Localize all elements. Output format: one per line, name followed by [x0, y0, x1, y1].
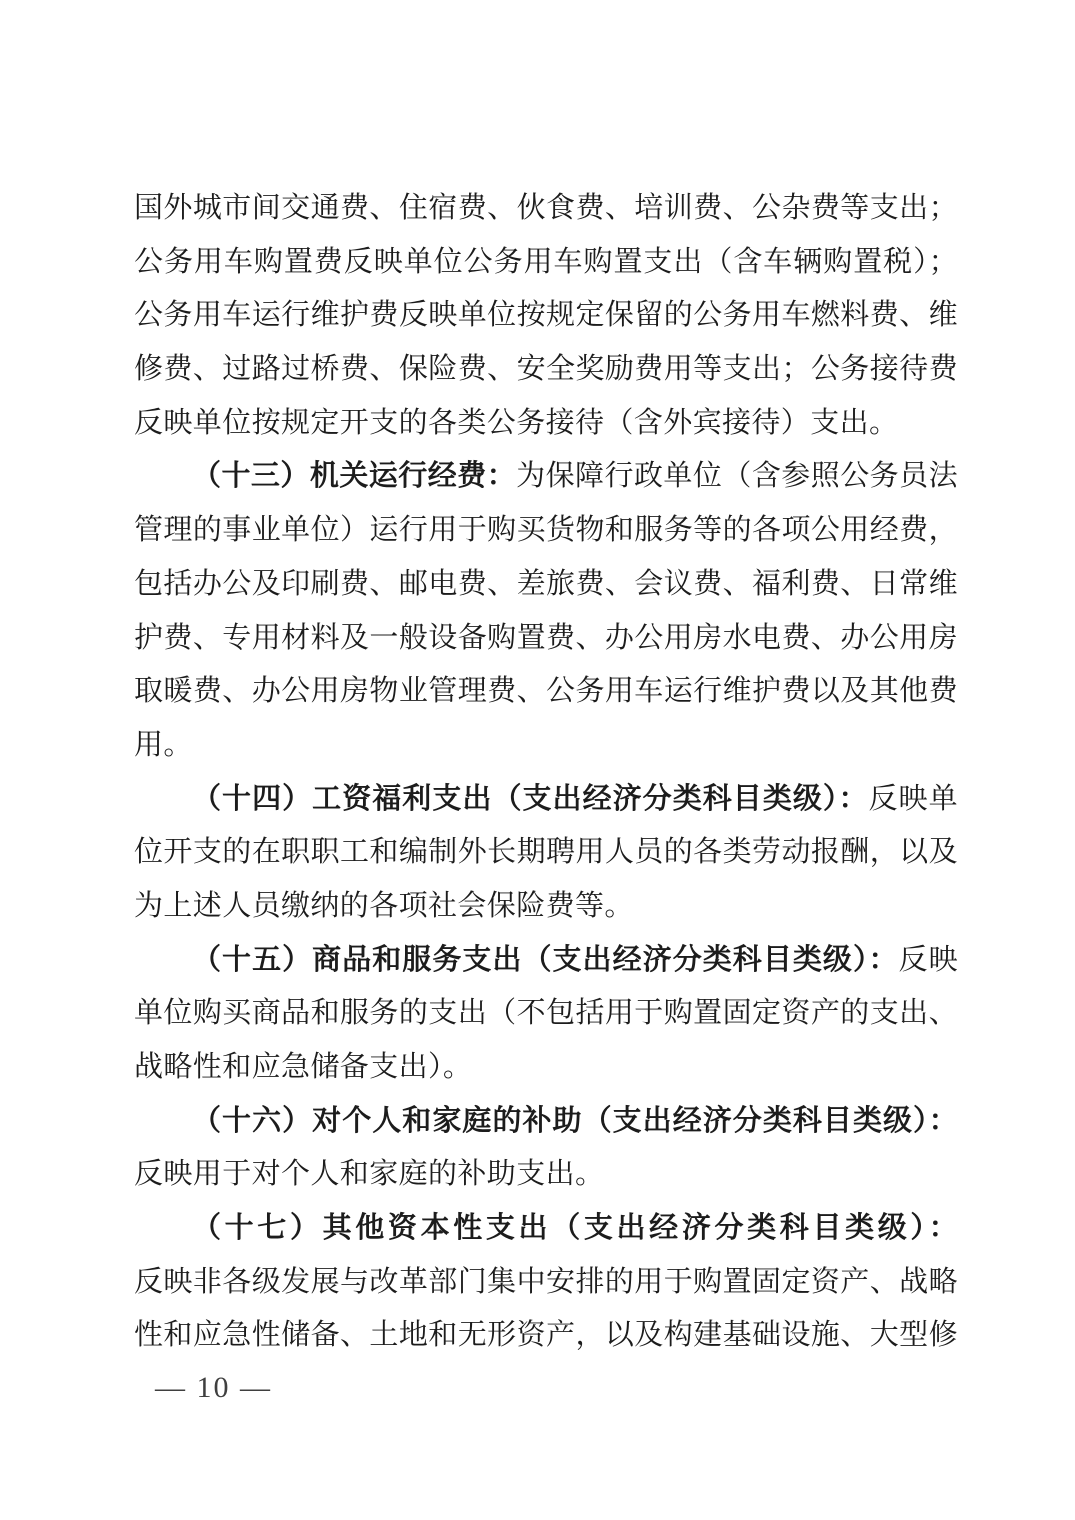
- text-line: 公务用车运行维护费反映单位按规定保留的公务用车燃料费、维: [134, 289, 958, 343]
- text-segment: 为上述人员缴纳的各项社会保险费等。: [134, 890, 634, 922]
- text-segment: 公务用车运行维护费反映单位按规定保留的公务用车燃料费、维: [134, 299, 958, 331]
- text-line: （十四）工资福利支出（支出经济分类科目类级）：反映单: [134, 773, 958, 827]
- text-line: 反映用于对个人和家庭的补助支出。: [134, 1148, 958, 1202]
- text-segment: 用。: [134, 729, 193, 761]
- text-line: 用。: [134, 719, 958, 773]
- text-segment: 反映单: [869, 783, 959, 815]
- text-line: 国外城市间交通费、住宿费、伙食费、培训费、公杂费等支出；: [134, 182, 958, 236]
- text-line: 单位购买商品和服务的支出（不包括用于购置固定资产的支出、: [134, 987, 958, 1041]
- text-line: 位开支的在职职工和编制外长期聘用人员的各类劳动报酬，以及: [134, 826, 958, 880]
- text-line: 反映非各级发展与改革部门集中安排的用于购置固定资产、战略: [134, 1256, 958, 1310]
- text-segment: 反映: [899, 944, 958, 976]
- text-segment: 反映用于对个人和家庭的补助支出。: [134, 1158, 604, 1190]
- text-segment: 国外城市间交通费、住宿费、伙食费、培训费、公杂费等支出；: [134, 192, 958, 224]
- text-line: 性和应急性储备、土地和无形资产，以及构建基础设施、大型修: [134, 1309, 958, 1363]
- text-line: 为上述人员缴纳的各项社会保险费等。: [134, 880, 958, 934]
- text-segment: 性和应急性储备、土地和无形资产，以及构建基础设施、大型修: [134, 1319, 958, 1351]
- heading-segment: （十七）其他资本性支出（支出经济分类科目类级）：: [192, 1212, 958, 1244]
- text-line: 护费、专用材料及一般设备购置费、办公用房水电费、办公用房: [134, 612, 958, 666]
- text-line: （十六）对个人和家庭的补助（支出经济分类科目类级）：: [134, 1095, 958, 1149]
- document-page: 国外城市间交通费、住宿费、伙食费、培训费、公杂费等支出；公务用车购置费反映单位公…: [0, 0, 1075, 1520]
- text-line: 反映单位按规定开支的各类公务接待（含外宾接待）支出。: [134, 397, 958, 451]
- text-segment: 位开支的在职职工和编制外长期聘用人员的各类劳动报酬，以及: [134, 836, 958, 868]
- heading-segment: （十三）机关运行经费：: [192, 460, 516, 492]
- text-segment: 管理的事业单位）运行用于购买货物和服务等的各项公用经费，: [134, 514, 958, 546]
- text-line: 公务用车购置费反映单位公务用车购置支出（含车辆购置税）；: [134, 236, 958, 290]
- text-segment: 单位购买商品和服务的支出（不包括用于购置固定资产的支出、: [134, 997, 958, 1029]
- text-line: 包括办公及印刷费、邮电费、差旅费、会议费、福利费、日常维: [134, 558, 958, 612]
- text-line: 管理的事业单位）运行用于购买货物和服务等的各项公用经费，: [134, 504, 958, 558]
- text-segment: 护费、专用材料及一般设备购置费、办公用房水电费、办公用房: [134, 622, 958, 654]
- text-segment: 为保障行政单位（含参照公务员法: [516, 460, 958, 492]
- page-footer: — 10 —: [155, 1368, 272, 1408]
- heading-segment: （十四）工资福利支出（支出经济分类科目类级）：: [192, 783, 869, 815]
- page-number: — 10 —: [155, 1371, 272, 1404]
- text-segment: 战略性和应急储备支出）。: [134, 1051, 472, 1083]
- text-segment: 修费、过路过桥费、保险费、安全奖励费用等支出；公务接待费: [134, 353, 958, 385]
- document-body: 国外城市间交通费、住宿费、伙食费、培训费、公杂费等支出；公务用车购置费反映单位公…: [134, 182, 958, 1363]
- text-line: （十七）其他资本性支出（支出经济分类科目类级）：: [134, 1202, 958, 1256]
- text-segment: 取暖费、办公用房物业管理费、公务用车运行维护费以及其他费: [134, 675, 958, 707]
- text-segment: 反映非各级发展与改革部门集中安排的用于购置固定资产、战略: [134, 1266, 958, 1298]
- text-line: （十五）商品和服务支出（支出经济分类科目类级）：反映: [134, 934, 958, 988]
- text-line: （十三）机关运行经费：为保障行政单位（含参照公务员法: [134, 450, 958, 504]
- text-segment: 包括办公及印刷费、邮电费、差旅费、会议费、福利费、日常维: [134, 568, 958, 600]
- text-segment: 反映单位按规定开支的各类公务接待（含外宾接待）支出。: [134, 407, 898, 439]
- heading-segment: （十五）商品和服务支出（支出经济分类科目类级）：: [192, 944, 899, 976]
- text-line: 修费、过路过桥费、保险费、安全奖励费用等支出；公务接待费: [134, 343, 958, 397]
- heading-segment: （十六）对个人和家庭的补助（支出经济分类科目类级）：: [192, 1105, 958, 1137]
- text-line: 战略性和应急储备支出）。: [134, 1041, 958, 1095]
- text-line: 取暖费、办公用房物业管理费、公务用车运行维护费以及其他费: [134, 665, 958, 719]
- text-segment: 公务用车购置费反映单位公务用车购置支出（含车辆购置税）；: [134, 246, 958, 278]
